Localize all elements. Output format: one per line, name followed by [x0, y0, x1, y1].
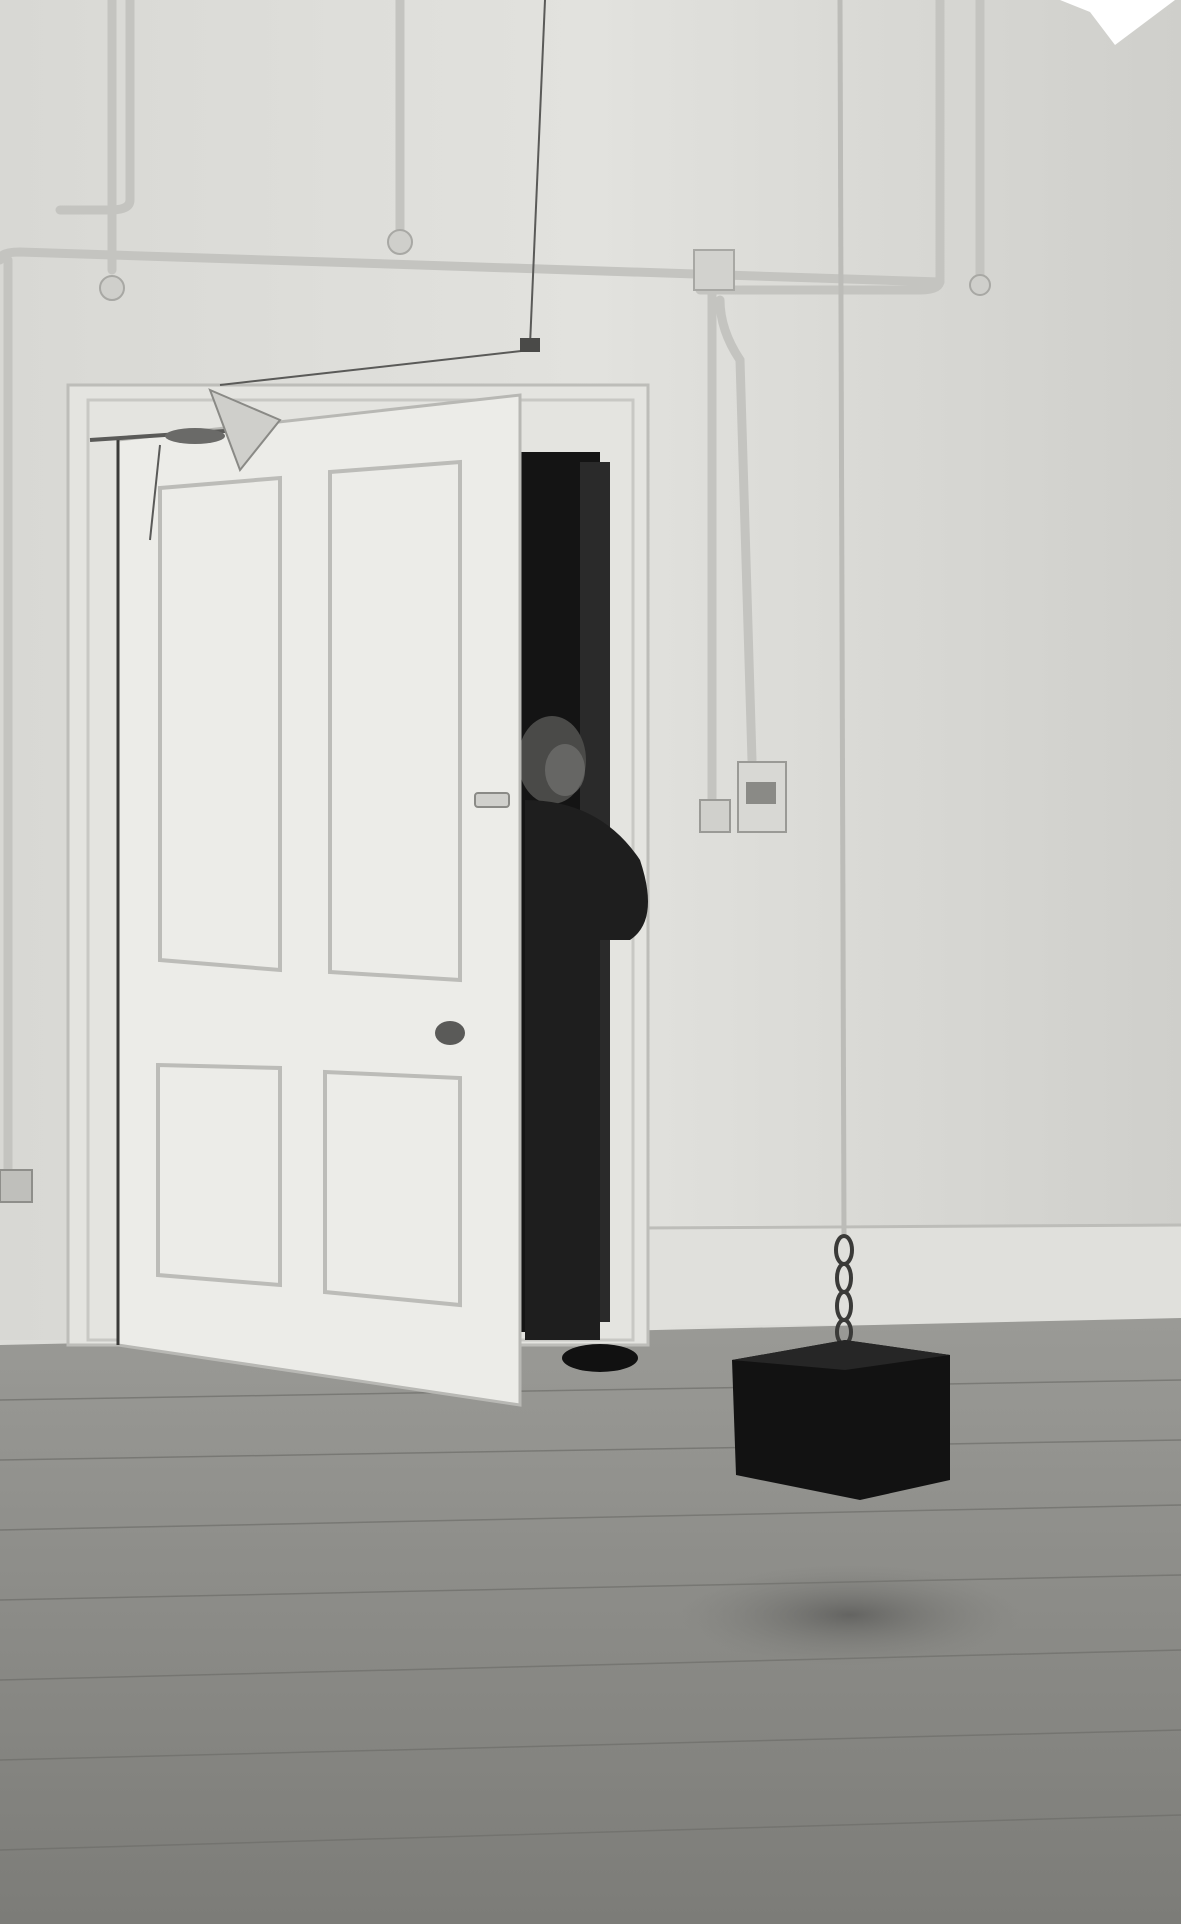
photo-scene — [0, 0, 1181, 1924]
door — [118, 395, 520, 1405]
skirting-board — [640, 1225, 1181, 1325]
door-latch — [475, 793, 509, 807]
weight-shadow — [680, 1565, 1020, 1665]
door-knob — [435, 1021, 465, 1045]
weight — [732, 1340, 950, 1500]
photograph — [0, 0, 1181, 1924]
